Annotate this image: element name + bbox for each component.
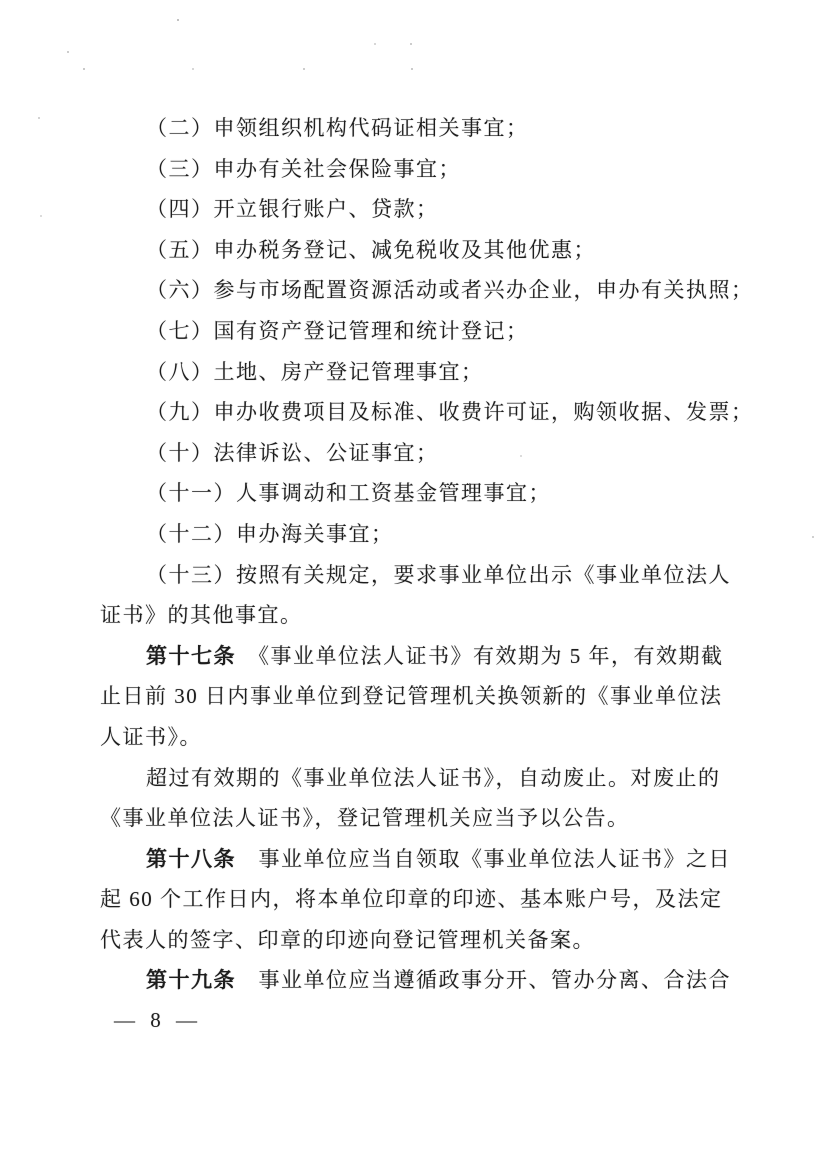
- line-text: （十）法律诉讼、公证事宜；: [146, 441, 439, 465]
- text-line: （十一）人事调动和工资基金管理事宜；: [100, 473, 760, 514]
- text-line: （八）土地、房产登记管理事宜；: [100, 352, 760, 393]
- text-line: 止日前 30 日内事业单位到登记管理机关换领新的《事业单位法: [100, 676, 760, 717]
- text-line: （七）国有资产登记管理和统计登记；: [100, 311, 760, 352]
- line-text: （十三）按照有关规定，要求事业单位出示《事业单位法人: [146, 563, 731, 587]
- text-line: 起 60 个工作日内，将本单位印章的印迹、基本账户号，及法定: [100, 879, 760, 920]
- text-line: 第十九条 事业单位应当遵循政事分开、管办分离、合法合: [100, 960, 760, 1001]
- line-text: 证书》的其他事宜。: [100, 603, 303, 627]
- line-text: （七）国有资产登记管理和统计登记；: [146, 319, 529, 343]
- text-line: （十）法律诉讼、公证事宜；: [100, 433, 760, 474]
- line-text: 起 60 个工作日内，将本单位印章的印迹、基本账户号，及法定: [100, 887, 723, 911]
- scan-noise: [0, 0, 2, 2]
- text-line: （五）申办税务登记、减免税收及其他优惠；: [100, 230, 760, 271]
- line-text: （三）申办有关社会保险事宜；: [146, 157, 461, 181]
- document-page: （二）申领组织机构代码证相关事宜；（三）申办有关社会保险事宜；（四）开立银行账户…: [0, 0, 832, 1169]
- text-line: （十三）按照有关规定，要求事业单位出示《事业单位法人: [100, 555, 760, 596]
- line-text: 事业单位应当自领取《事业单位法人证书》之日: [236, 847, 731, 871]
- line-text: （六）参与市场配置资源活动或者兴办企业，申办有关执照；: [146, 278, 754, 302]
- text-line: （九）申办收费项目及标准、收费许可证，购领收据、发票；: [100, 392, 760, 433]
- text-line: 《事业单位法人证书》，登记管理机关应当予以公告。: [100, 798, 760, 839]
- line-text: （二）申领组织机构代码证相关事宜；: [146, 116, 529, 140]
- line-text: 超过有效期的《事业单位法人证书》，自动废止。对废止的: [146, 766, 721, 790]
- article-number: 第十九条: [146, 968, 236, 992]
- text-line: （二）申领组织机构代码证相关事宜；: [100, 108, 760, 149]
- text-line: （六）参与市场配置资源活动或者兴办企业，申办有关执照；: [100, 270, 760, 311]
- article-number: 第十七条: [146, 644, 236, 668]
- text-line: 人证书》。: [100, 717, 760, 758]
- line-text: （九）申办收费项目及标准、收费许可证，购领收据、发票；: [146, 400, 754, 424]
- text-line: （三）申办有关社会保险事宜；: [100, 149, 760, 190]
- text-line: 代表人的签字、印章的印迹向登记管理机关备案。: [100, 920, 760, 961]
- line-text: （八）土地、房产登记管理事宜；: [146, 360, 484, 384]
- text-line: （十二）申办海关事宜；: [100, 514, 760, 555]
- line-text: 人证书》。: [100, 725, 202, 749]
- line-text: （四）开立银行账户、贷款；: [146, 197, 439, 221]
- text-line: 第十七条 《事业单位法人证书》有效期为 5 年，有效期截: [100, 636, 760, 677]
- line-text: 止日前 30 日内事业单位到登记管理机关换领新的《事业单位法: [100, 684, 723, 708]
- line-text: 代表人的签字、印章的印迹向登记管理机关备案。: [100, 928, 595, 952]
- document-body: （二）申领组织机构代码证相关事宜；（三）申办有关社会保险事宜；（四）开立银行账户…: [100, 108, 760, 1001]
- line-text: （五）申办税务登记、减免税收及其他优惠；: [146, 238, 596, 262]
- line-text: 《事业单位法人证书》，登记管理机关应当予以公告。: [100, 806, 630, 830]
- article-number: 第十八条: [146, 847, 236, 871]
- text-line: （四）开立银行账户、贷款；: [100, 189, 760, 230]
- line-text: 事业单位应当遵循政事分开、管办分离、合法合: [236, 968, 731, 992]
- text-line: 证书》的其他事宜。: [100, 595, 760, 636]
- text-line: 第十八条 事业单位应当自领取《事业单位法人证书》之日: [100, 839, 760, 880]
- text-line: 超过有效期的《事业单位法人证书》，自动废止。对废止的: [100, 758, 760, 799]
- page-number: — 8 —: [114, 1006, 202, 1034]
- line-text: 《事业单位法人证书》有效期为 5 年，有效期截: [236, 644, 724, 668]
- line-text: （十二）申办海关事宜；: [146, 522, 394, 546]
- line-text: （十一）人事调动和工资基金管理事宜；: [146, 481, 551, 505]
